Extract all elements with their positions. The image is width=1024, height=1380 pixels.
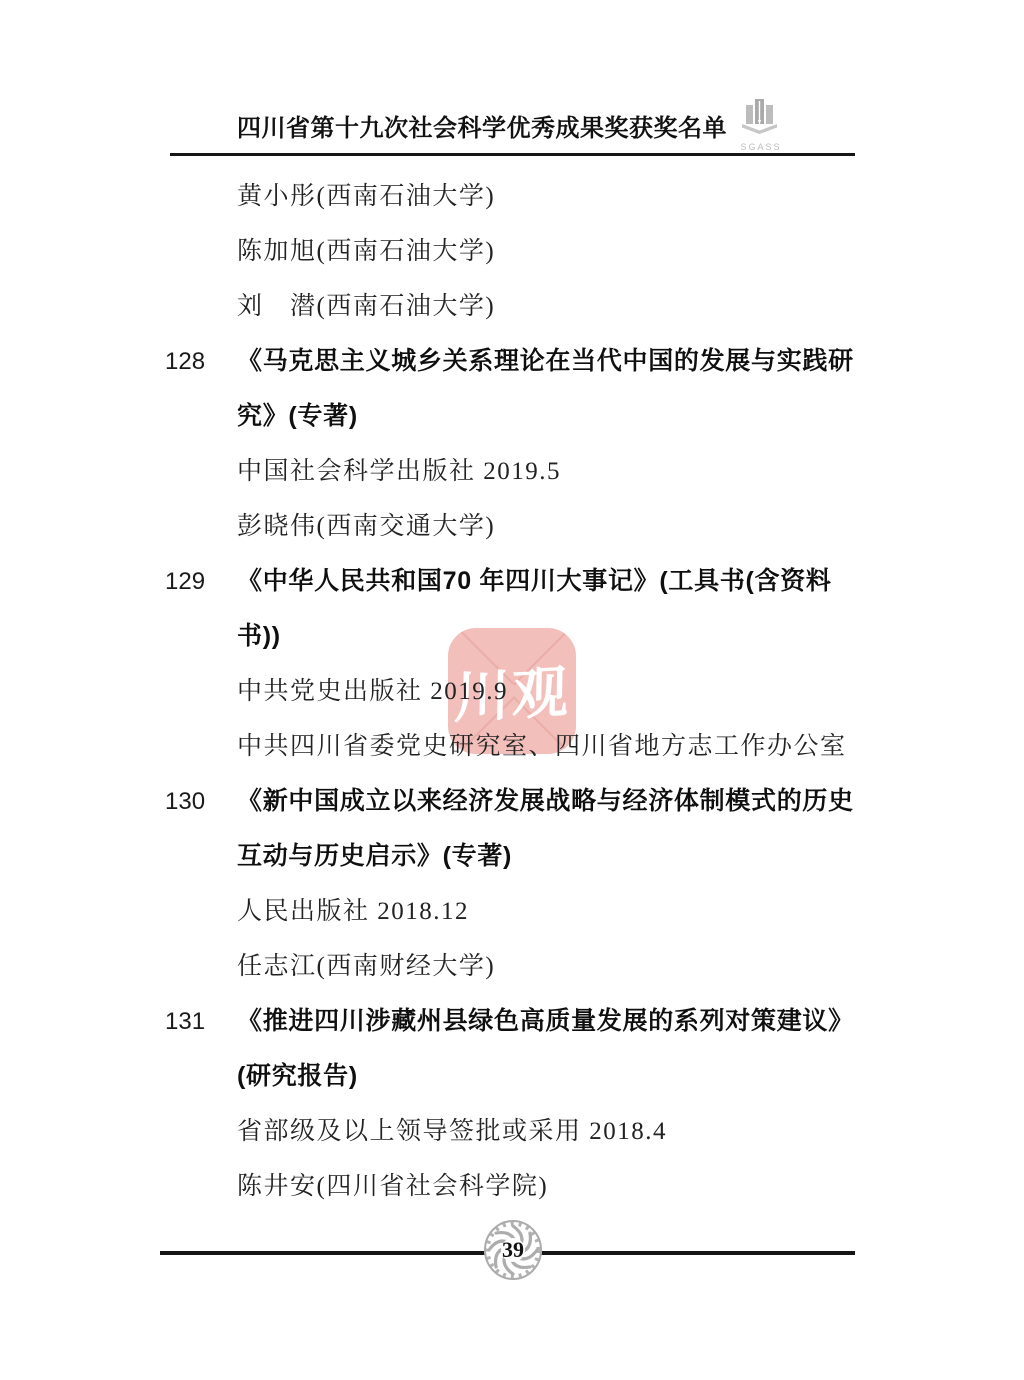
document-page: 四川省第十九次社会科学优秀成果奖获奖名单 SGASS 川观 黄小彤(西南石油大学…	[0, 0, 1024, 1380]
publisher-line: 人民出版社 2018.12	[237, 884, 855, 939]
page-number: 39	[483, 1219, 543, 1281]
author-row: 中共四川省委党史研究室、四川省地方志工作办公室	[165, 719, 857, 774]
publisher-line: 省部级及以上领导签批或采用 2018.4	[237, 1104, 855, 1159]
publisher-row: 中国社会科学出版社 2019.5	[165, 444, 857, 499]
sgass-logo-icon	[737, 96, 785, 136]
publisher-row: 人民出版社 2018.12	[165, 884, 857, 939]
entry-title: 《新中国成立以来经济发展战略与经济体制模式的历史互动与历史启示》(专著)	[237, 774, 855, 884]
publisher-line: 中国社会科学出版社 2019.5	[237, 444, 855, 499]
entry-number: 128	[165, 334, 237, 389]
entry-row: 131 《推进四川涉藏州县绿色高质量发展的系列对策建议》(研究报告)	[165, 994, 857, 1104]
page-title: 四川省第十九次社会科学优秀成果奖获奖名单	[237, 108, 727, 143]
sgass-logo-label: SGASS	[733, 142, 789, 152]
entry-row: 128 《马克思主义城乡关系理论在当代中国的发展与实践研究》(专著)	[165, 334, 857, 444]
header-divider	[170, 153, 855, 156]
author-line: 刘 潜(西南石油大学)	[237, 279, 855, 334]
entry-number: 131	[165, 994, 237, 1049]
author-row: 任志江(西南财经大学)	[165, 939, 857, 994]
entry-title: 《推进四川涉藏州县绿色高质量发展的系列对策建议》(研究报告)	[237, 994, 855, 1104]
author-row: 彭晓伟(西南交通大学)	[165, 499, 857, 554]
publisher-row: 省部级及以上领导签批或采用 2018.4	[165, 1104, 857, 1159]
entry-title: 《马克思主义城乡关系理论在当代中国的发展与实践研究》(专著)	[237, 334, 855, 444]
entry-number: 129	[165, 554, 237, 609]
author-line: 彭晓伟(西南交通大学)	[237, 499, 855, 554]
author-line: 黄小彤(西南石油大学)	[237, 169, 855, 224]
entry-number: 130	[165, 774, 237, 829]
author-line: 陈井安(四川省社会科学院)	[237, 1159, 855, 1214]
author-line: 中共四川省委党史研究室、四川省地方志工作办公室	[237, 719, 855, 774]
entry-row: 130 《新中国成立以来经济发展战略与经济体制模式的历史互动与历史启示》(专著)	[165, 774, 857, 884]
publisher-line: 中共党史出版社 2019.9	[237, 664, 855, 719]
award-list: 黄小彤(西南石油大学) 陈加旭(西南石油大学) 刘 潜(西南石油大学) 128 …	[165, 169, 857, 1214]
author-row: 陈井安(四川省社会科学院)	[165, 1159, 857, 1214]
author-row: 刘 潜(西南石油大学)	[165, 279, 857, 334]
sgass-logo: SGASS	[733, 96, 789, 152]
author-row: 黄小彤(西南石油大学)	[165, 169, 857, 224]
author-line: 陈加旭(西南石油大学)	[237, 224, 855, 279]
author-line: 任志江(西南财经大学)	[237, 939, 855, 994]
publisher-row: 中共党史出版社 2019.9	[165, 664, 857, 719]
entry-title: 《中华人民共和国70 年四川大事记》(工具书(含资料书))	[237, 554, 855, 664]
entry-row: 129 《中华人民共和国70 年四川大事记》(工具书(含资料书))	[165, 554, 857, 664]
author-row: 陈加旭(西南石油大学)	[165, 224, 857, 279]
